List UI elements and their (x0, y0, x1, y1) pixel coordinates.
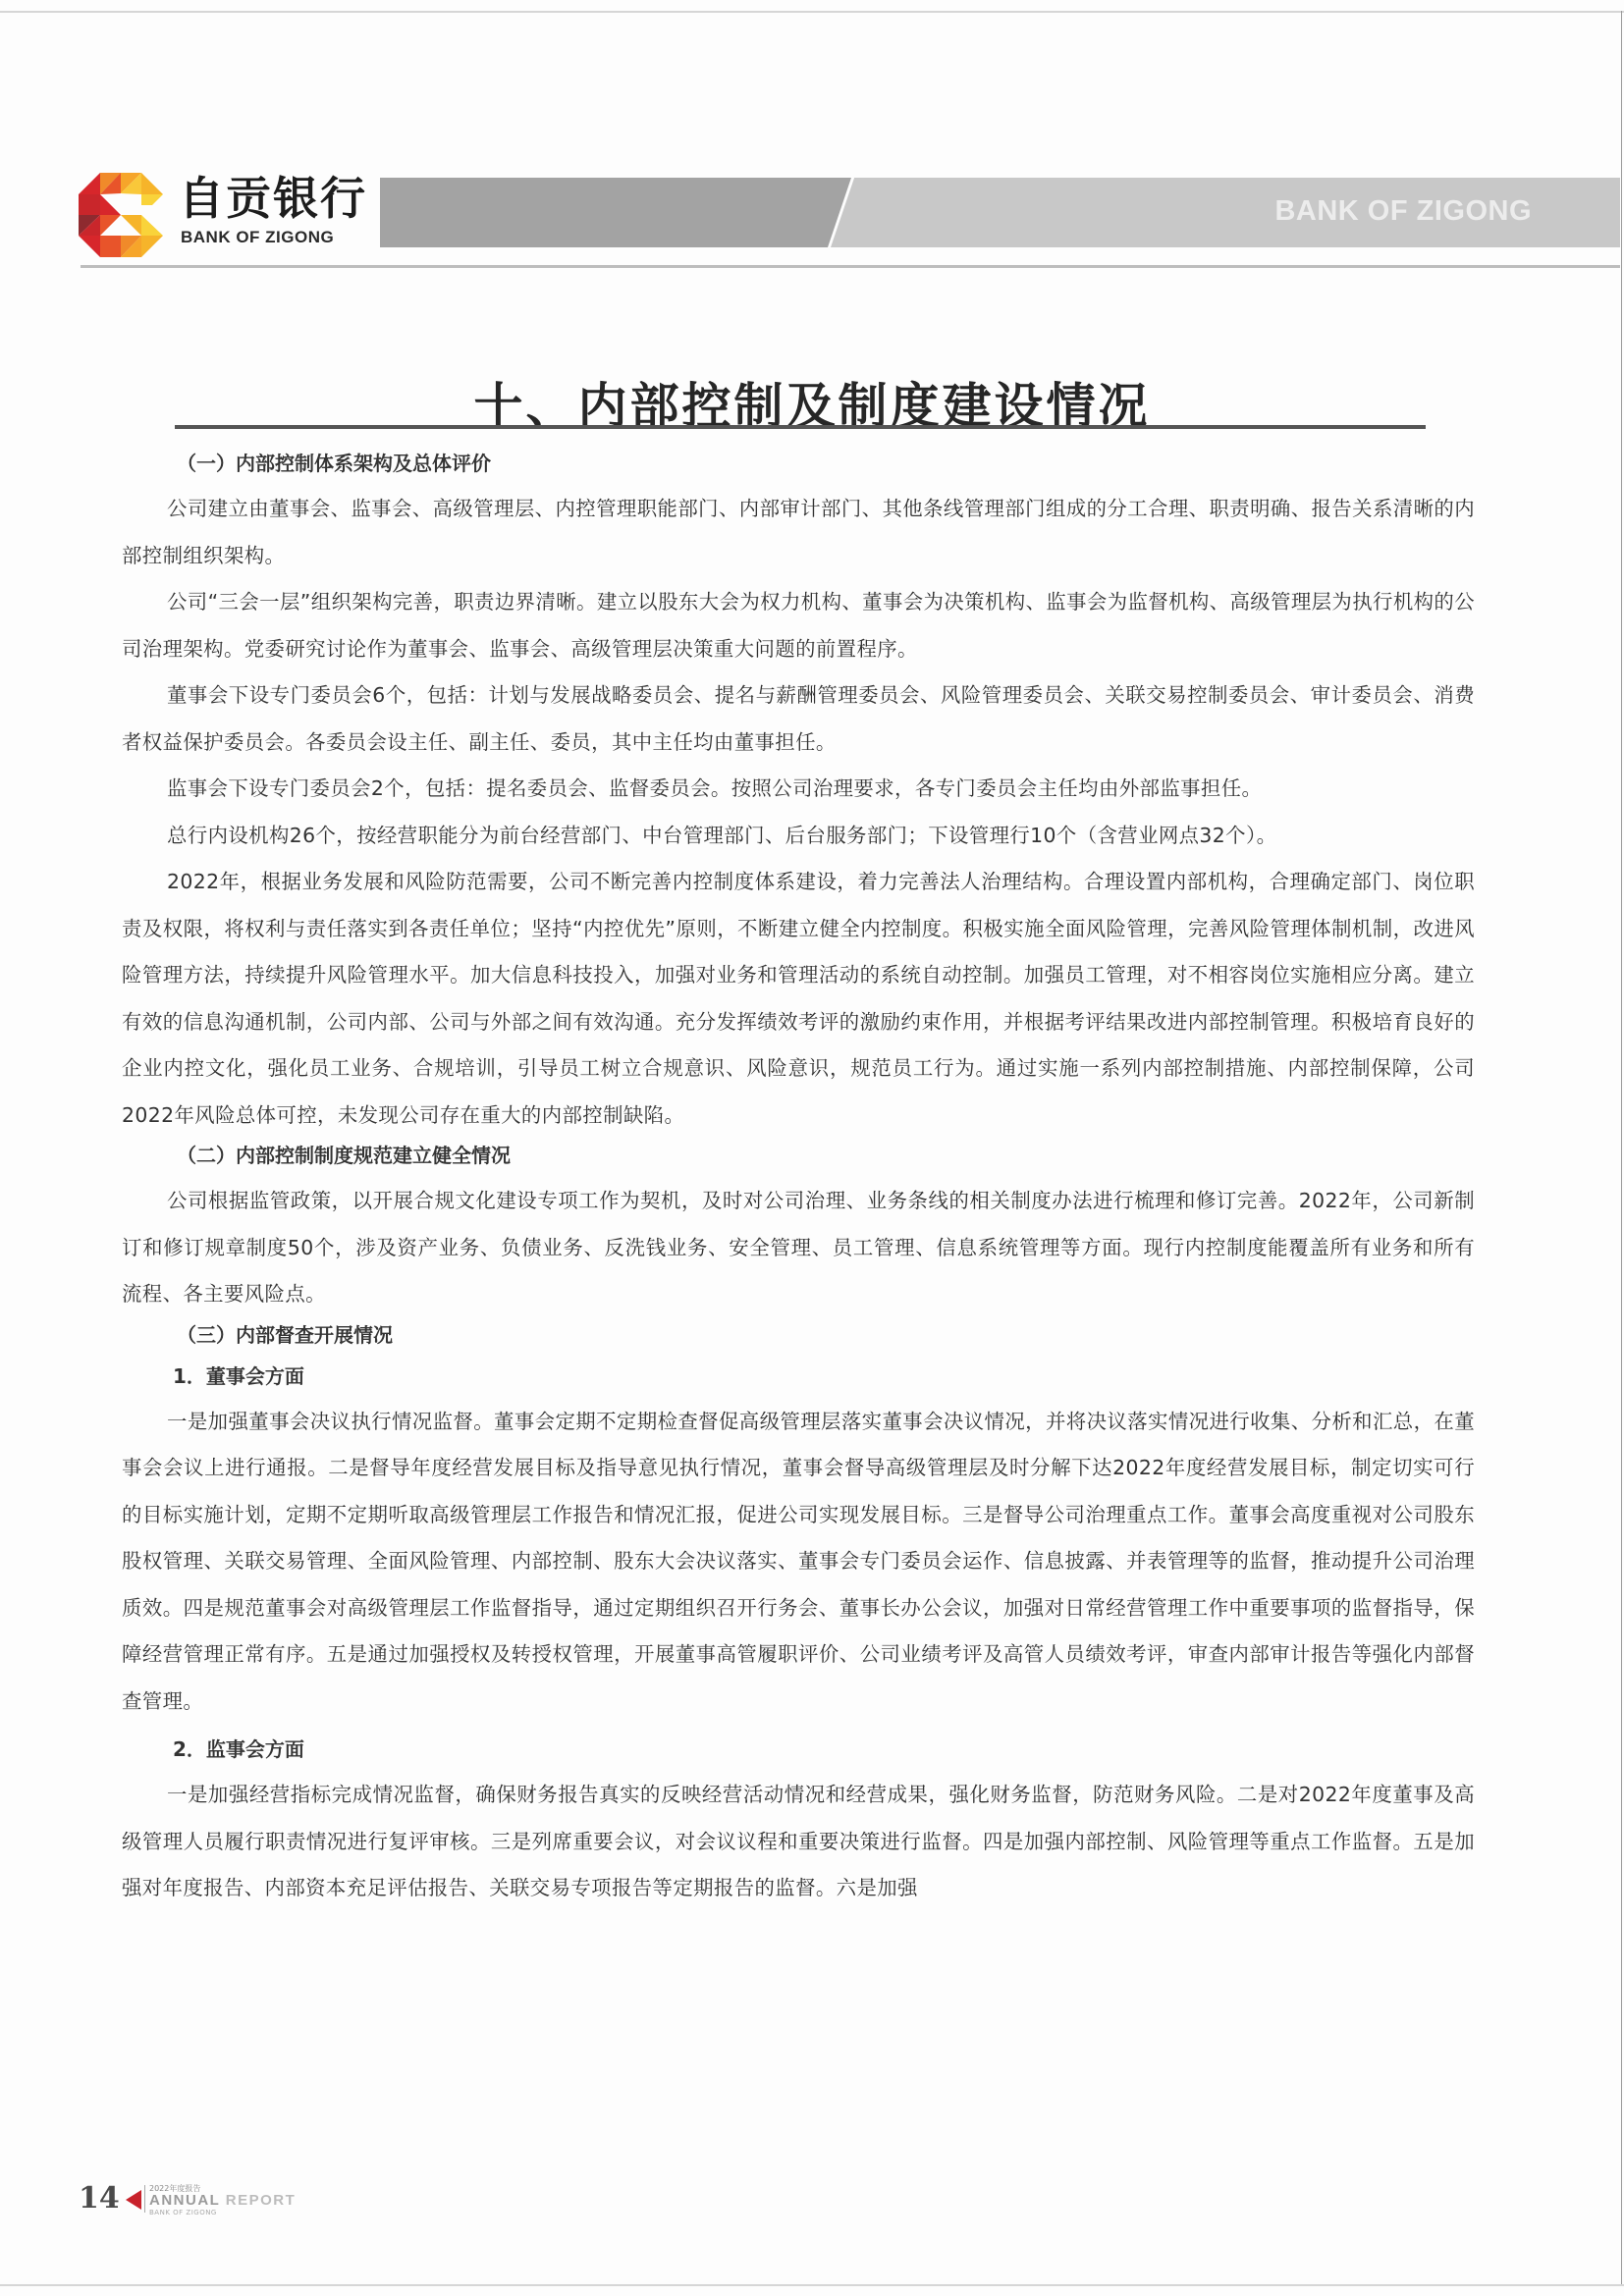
section-heading: （二）内部控制制度规范建立健全情况 (122, 1139, 1475, 1172)
paragraph: 2022年，根据业务发展和风险防范需要，公司不断完善内控制度体系建设，着力完善法… (122, 859, 1475, 1139)
page-footer: 14 2022年度报告 ANNUAL REPORT BANK OF ZIGONG (79, 2181, 334, 2220)
subsection-heading: 1．董事会方面 (122, 1360, 1475, 1393)
page-number: 14 (79, 2181, 120, 2216)
paragraph: 一是加强经营指标完成情况监督，确保财务报告真实的反映经营活动情况和经营成果，强化… (122, 1772, 1475, 1912)
page-header: 自贡银行 BANK OF ZIGONG BANK OF ZIGONG (0, 0, 1624, 275)
document-body: （一）内部控制体系架构及总体评价 公司建立由董事会、监事会、高级管理层、内控管理… (122, 447, 1475, 1912)
triangle-left-icon (126, 2190, 141, 2210)
annual-report-label: ANNUAL REPORT (149, 2192, 296, 2209)
paragraph: 一是加强董事会决议执行情况监督。董事会定期不定期检查督促高级管理层落实董事会决议… (122, 1399, 1475, 1726)
report-text: REPORT (226, 2192, 297, 2209)
paragraph: 公司“三会一层”组织架构完善，职责边界清晰。建立以股东大会为权力机构、董事会为决… (122, 579, 1475, 672)
page-bottom-border (0, 2284, 1624, 2286)
paragraph: 董事会下设专门委员会6个，包括：计划与发展战略委员会、提名与薪酬管理委员会、风险… (122, 672, 1475, 766)
page-right-border (1621, 11, 1622, 2286)
paragraph: 公司根据监管政策，以开展合规文化建设专项工作为契机，及时对公司治理、业务条线的相… (122, 1178, 1475, 1318)
header-band-text: BANK OF ZIGONG (1274, 195, 1532, 228)
section-heading: （一）内部控制体系架构及总体评价 (122, 447, 1475, 480)
paragraph: 总行内设机构26个，按经营职能分为前台经营部门、中台管理部门、后台服务部门；下设… (122, 813, 1475, 860)
subsection-heading: 2．监事会方面 (122, 1733, 1475, 1766)
header-divider (81, 265, 1620, 268)
title-divider (175, 425, 1426, 429)
paragraph: 公司建立由董事会、监事会、高级管理层、内控管理职能部门、内部审计部门、其他条线管… (122, 486, 1475, 579)
section-heading: （三）内部督查开展情况 (122, 1318, 1475, 1352)
bank-name-cn: 自贡银行 (179, 173, 367, 224)
bank-name-en: BANK OF ZIGONG (181, 228, 334, 247)
bank-logo-icon (79, 173, 163, 257)
footer-bank-name: BANK OF ZIGONG (149, 2209, 217, 2216)
footer-divider (144, 2185, 145, 2213)
header-band-dark (380, 178, 851, 247)
header-band-light: BANK OF ZIGONG (831, 178, 1620, 247)
paragraph: 监事会下设专门委员会2个，包括：提名委员会、监督委员会。按照公司治理要求，各专门… (122, 766, 1475, 813)
annual-text: ANNUAL (149, 2192, 220, 2209)
